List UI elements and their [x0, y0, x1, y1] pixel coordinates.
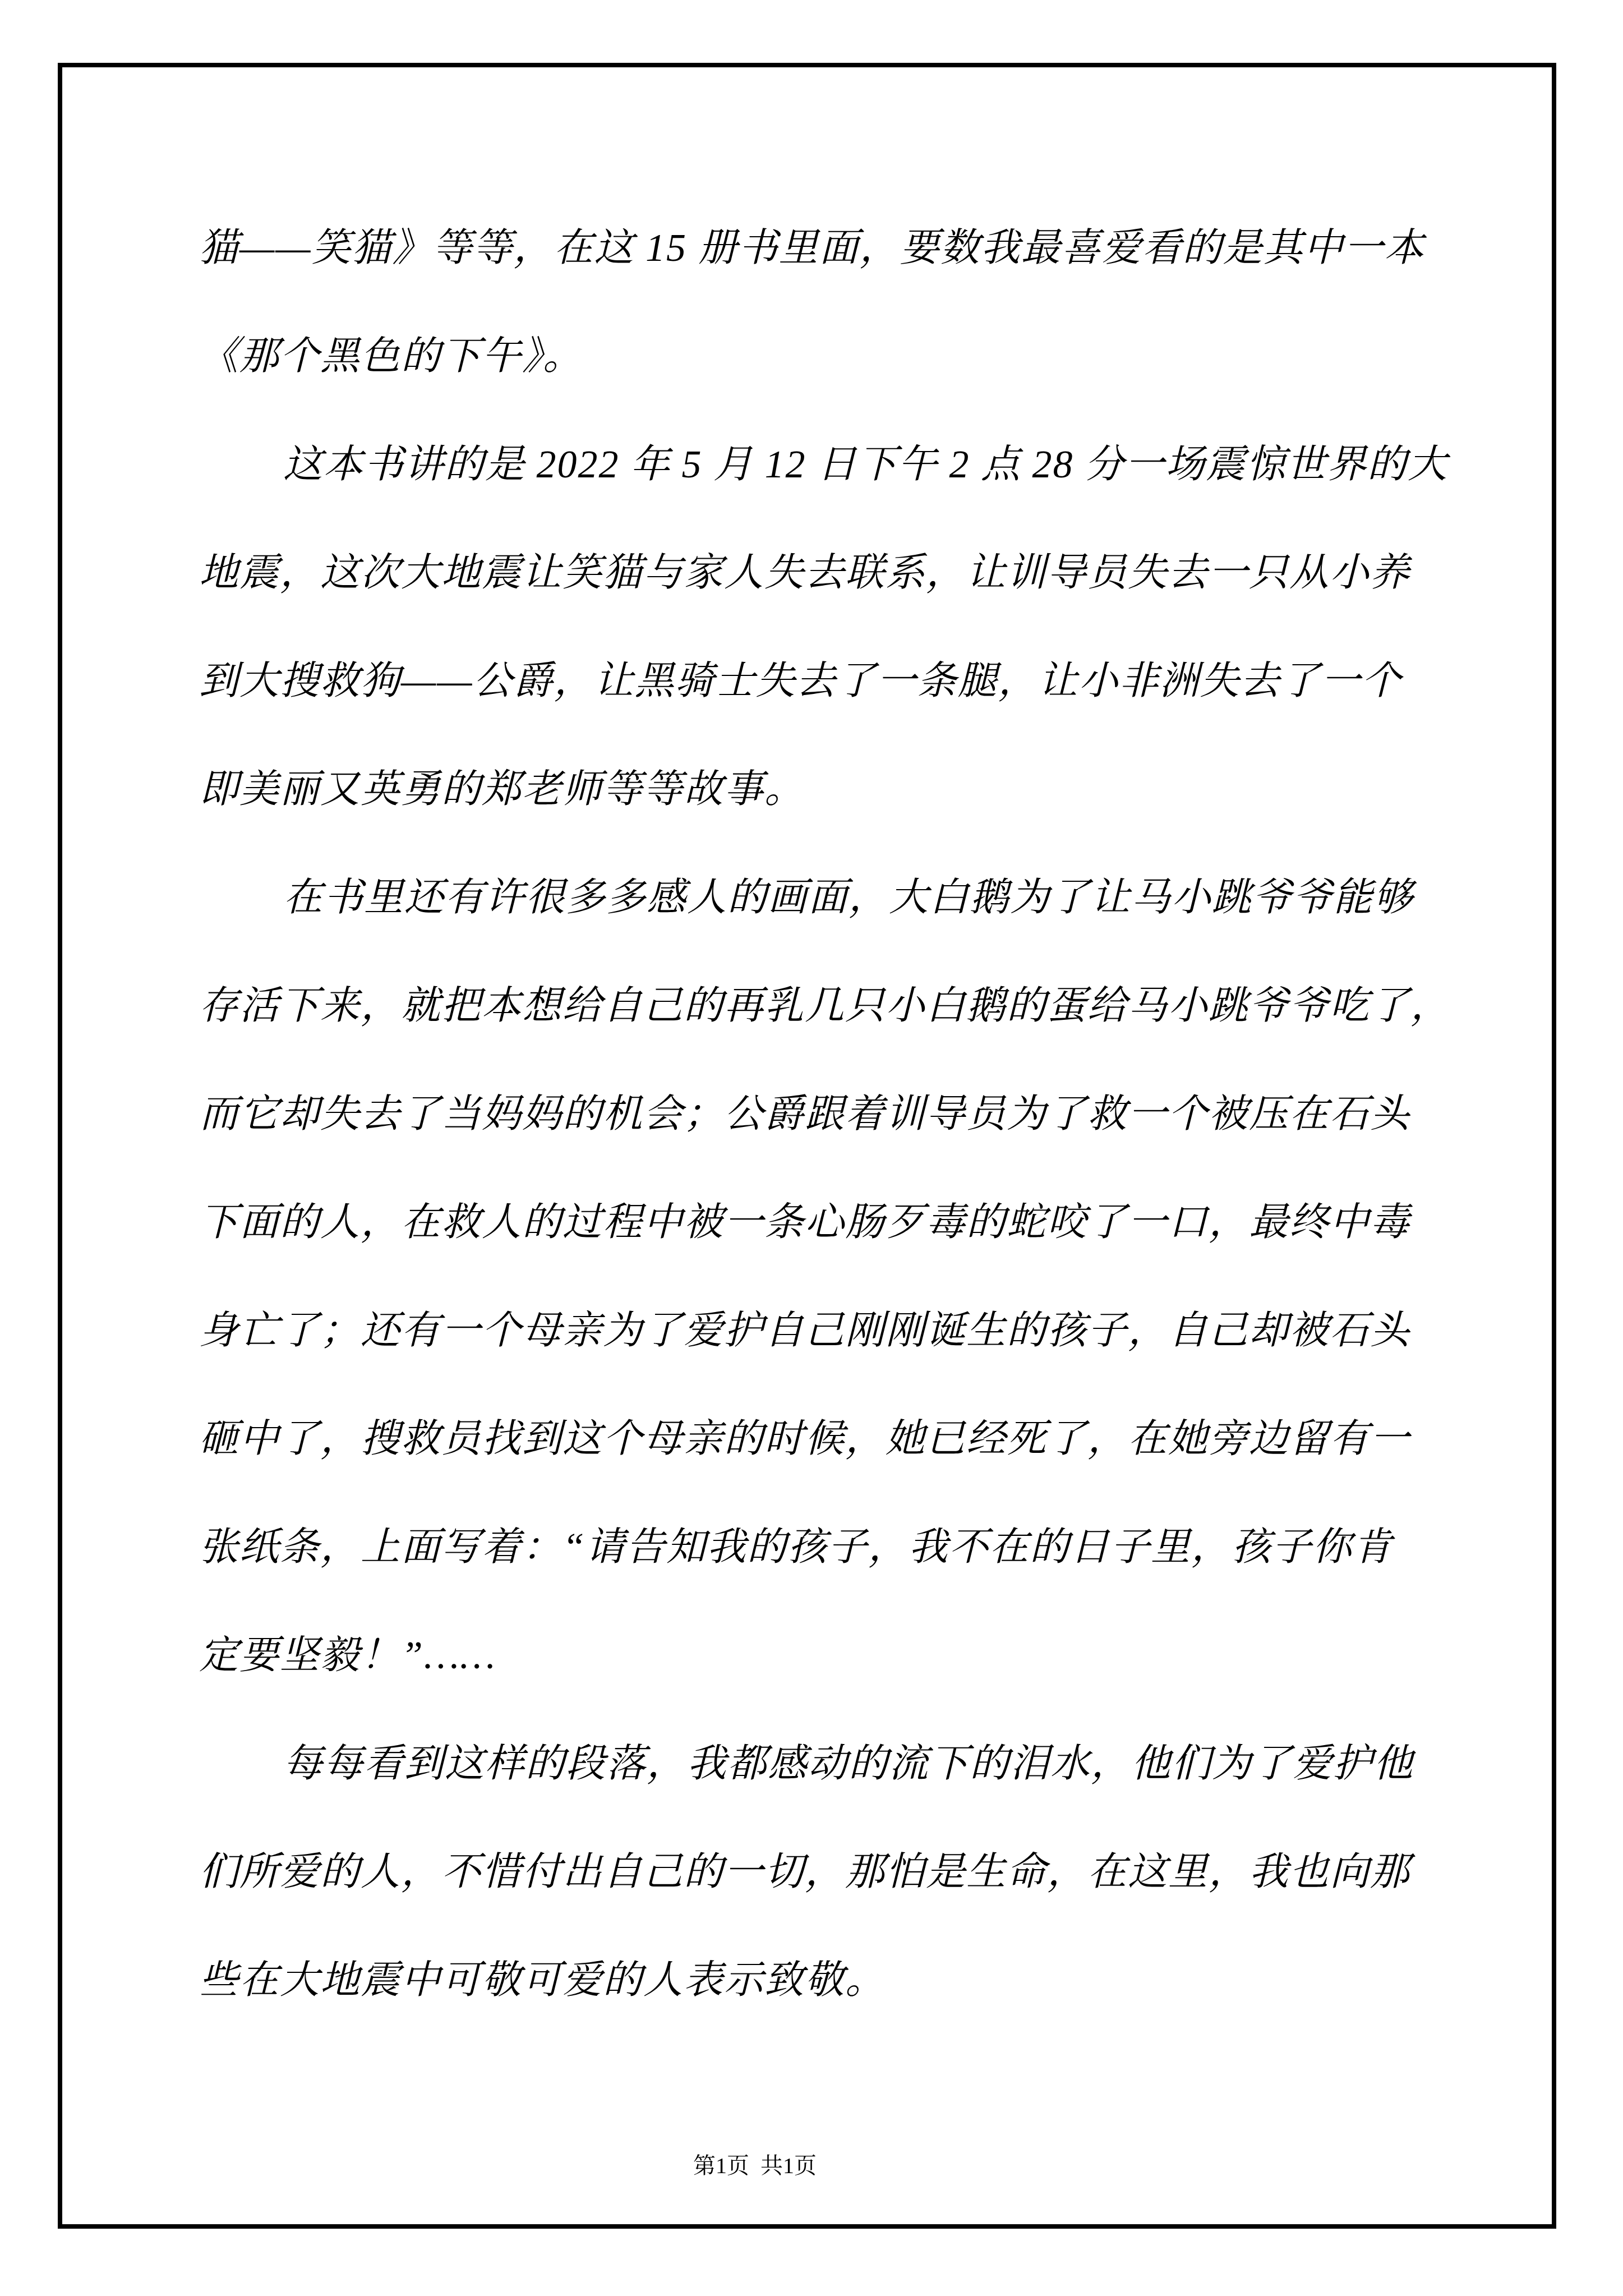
text-line-12: 砸中了，搜救员找到这个母亲的时候，她已经死了，在她旁边留有一: [199, 1385, 1461, 1493]
text-line-9: 而它却失去了当妈妈的机会；公爵跟着训导员为了救一个被压在石头: [199, 1060, 1461, 1168]
text-line-6: 即美丽又英勇的郑老师等等故事。: [199, 735, 1461, 844]
page-footer: 第1页 共1页: [0, 2127, 1487, 2205]
text-line-15: 每每看到这样的段落，我都感动的流下的泪水，他们为了爱护他: [199, 1710, 1461, 1818]
text-line-5: 到大搜救狗——公爵，让黑骑士失去了一条腿，让小非洲失去了一个: [199, 627, 1461, 735]
text-line-17: 些在大地震中可敬可爱的人表示致敬。: [199, 1926, 1461, 2035]
document-page: 猫——笑猫》等等，在这 15 册书里面，要数我最喜爱看的是其中一本 《那个黑色的…: [0, 0, 1623, 2296]
text-line-7: 在书里还有许很多多感人的画面，大白鹅为了让马小跳爷爷能够: [199, 844, 1461, 952]
text-line-16: 们所爱的人，不惜付出自己的一切，那怕是生命，在这里，我也向那: [199, 1818, 1461, 1926]
text-line-4: 地震，这次大地震让笑猫与家人失去联系，让训导员失去一只从小养: [199, 519, 1461, 627]
text-line-1: 猫——笑猫》等等，在这 15 册书里面，要数我最喜爱看的是其中一本: [199, 194, 1461, 302]
text-line-3: 这本书讲的是 2022 年 5 月 12 日下午 2 点 28 分一场震惊世界的…: [199, 411, 1461, 519]
text-line-2: 《那个黑色的下午》。: [199, 302, 1461, 411]
text-line-8: 存活下来，就把本想给自己的再乳几只小白鹅的蛋给马小跳爷爷吃了，: [199, 952, 1461, 1060]
text-line-10: 下面的人，在救人的过程中被一条心肠歹毒的蛇咬了一口，最终中毒: [199, 1168, 1461, 1277]
text-line-13: 张纸条，上面写着：“请告知我的孩子，我不在的日子里，孩子你肯: [199, 1493, 1461, 1602]
text-line-14: 定要坚毅！”……: [199, 1602, 1461, 1710]
text-line-11: 身亡了；还有一个母亲为了爱护自己刚刚诞生的孩子，自己却被石头: [199, 1277, 1461, 1385]
document-body: 猫——笑猫》等等，在这 15 册书里面，要数我最喜爱看的是其中一本 《那个黑色的…: [199, 194, 1461, 2035]
page-number-label: 第1页 共1页: [693, 2153, 817, 2178]
